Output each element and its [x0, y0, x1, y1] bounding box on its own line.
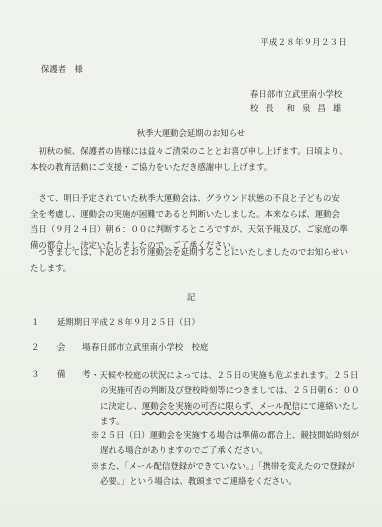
- addressee: 保護者 様: [41, 64, 83, 75]
- greeting-paragraph: 初秋の候、保護者の皆様には益々ご清栄のこととお喜び申し上げます。日頃より、本校の…: [30, 144, 348, 175]
- remark-note-mail-registration: ※また、「メール配信登録ができていない。」「携帯を変えたので登録が必要。」という…: [91, 459, 362, 490]
- document-title: 秋季大運動会延期のお知らせ: [0, 128, 382, 139]
- item-label-remarks: 備 考: [57, 369, 91, 380]
- ki-heading: 記: [0, 292, 382, 303]
- item-number: ２: [31, 342, 39, 353]
- announcement-paragraph: つきましては、下記のとおり運動会を延期することにいたしましたのでお知らせいたしま…: [30, 245, 348, 276]
- item-label-venue: 会 場: [57, 342, 91, 353]
- item-label-postponed-date: 延期期日: [57, 317, 91, 328]
- notice-document: 平成２８年９月２３日 保護者 様 春日部市立武里南小学校 校 長 和 泉 昌 雄…: [0, 0, 382, 527]
- issue-date: 平成２８年９月２３日: [260, 37, 347, 48]
- item-value-venue: 春日部市立武里南小学校 校庭: [91, 342, 208, 353]
- item-number: ３: [31, 369, 39, 380]
- school-name: 春日部市立武里南小学校: [250, 89, 342, 100]
- underlined-emphasis: 運動会を実施の可否に限らず、メール配信: [142, 401, 300, 411]
- remark-note-start-time: ※２５日（日）運動会を実施する場合は準備の都合上、競技開始時刻が遅れる場合があり…: [91, 428, 362, 459]
- item-number: １: [31, 317, 39, 328]
- principal-name: 校 長 和 泉 昌 雄: [250, 103, 343, 114]
- item-value-postponed-date: 平成２８年９月２５日（日）: [91, 317, 200, 328]
- remark-note-weather: ・天候や校庭の状況によっては、２５日の実施も危ぶまれます。２５日の実施可否の判断…: [91, 368, 362, 430]
